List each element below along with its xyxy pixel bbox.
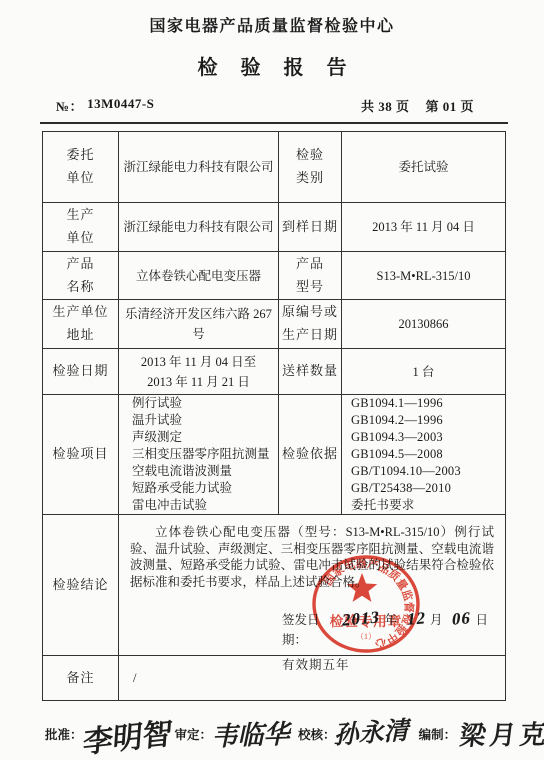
test-date-value: 2013 年 11 月 04 日至 2013 年 11 月 21 日 xyxy=(119,349,279,394)
test-date-label: 检验日期 xyxy=(43,349,119,394)
issue-month-unit: 月 xyxy=(430,610,443,630)
report-number-label: №： xyxy=(56,96,83,115)
issue-month-handwritten: 12 xyxy=(405,604,427,633)
org-title: 国家电器产品质量监督检验中心 xyxy=(0,0,544,36)
manufacturer-value: 浙江绿能电力科技有限公司 xyxy=(119,203,279,251)
conclusion-cell: 立体卷铁心配电变压器（型号：S13-M•RL-315/10）例行试验、温升试验、… xyxy=(119,515,505,655)
issue-date-label: 签发日期： xyxy=(282,610,338,650)
test-items-list: 例行试验 温升试验 声级测定 三相变压器零序阻抗测量 空载电流谐波测量 短路承受… xyxy=(119,395,279,514)
test-item: 短路承受能力试验 xyxy=(132,480,232,497)
test-items-label: 检验项目 xyxy=(43,395,119,514)
product-name-label: 产品 名称 xyxy=(43,252,119,299)
review-signature: 韦临华 xyxy=(210,713,296,753)
table-row-manufacturer: 生产 单位 浙江绿能电力科技有限公司 到样日期 2013 年 11 月 04 日 xyxy=(43,203,505,252)
table-row-address: 生产单位 地址 乐清经济开发区纬六路 267 号 原编号或 生产日期 20130… xyxy=(43,300,505,349)
standard-item: GB1094.3—2003 xyxy=(351,429,443,446)
standard-item: GB1094.2—1996 xyxy=(351,412,443,429)
table-row-product-name: 产品 名称 立体卷铁心配电变压器 产品 型号 S13-M•RL-315/10 xyxy=(43,252,505,300)
total-pages: 共 38 页 xyxy=(361,96,410,115)
review-label: 审定： xyxy=(175,713,213,743)
test-item: 声级测定 xyxy=(132,429,182,446)
table-row-test-items: 检验项目 例行试验 温升试验 声级测定 三相变压器零序阻抗测量 空载电流谐波测量… xyxy=(43,395,505,515)
report-info-table: 委托 单位 浙江绿能电力科技有限公司 检验 类别 委托试验 生产 单位 浙江绿能… xyxy=(42,131,506,701)
issue-year-handwritten: 2013 xyxy=(341,603,382,634)
test-item: 温升试验 xyxy=(132,412,182,429)
standard-item: GB/T1094.10—2003 xyxy=(351,463,461,480)
issue-day-unit: 日 xyxy=(475,610,488,630)
manufacturer-address-value: 乐清经济开发区纬六路 267 号 xyxy=(119,300,279,348)
product-model-label: 产品 型号 xyxy=(279,252,342,299)
issue-date-line: 签发日期： 2013 年 12 月 06 日 xyxy=(282,605,494,650)
standard-item: GB/T25438—2010 xyxy=(351,480,451,497)
test-item: 雷电冲击试验 xyxy=(132,497,207,514)
table-row-test-date: 检验日期 2013 年 11 月 04 日至 2013 年 11 月 21 日 … xyxy=(43,349,505,395)
page-number: 第 01 页 xyxy=(425,96,474,115)
product-name-value: 立体卷铁心配电变压器 xyxy=(119,252,279,299)
prepare-label: 编制： xyxy=(419,713,457,743)
report-title: 检 验 报 告 xyxy=(0,51,544,80)
client-value: 浙江绿能电力科技有限公司 xyxy=(119,132,279,202)
sample-arrival-date-value: 2013 年 11 月 04 日 xyxy=(342,203,505,251)
test-item: 空载电流谐波测量 xyxy=(132,463,232,480)
serial-or-date-label: 原编号或 生产日期 xyxy=(279,300,342,348)
table-row-conclusion: 检验结论 立体卷铁心配电变压器（型号：S13-M•RL-315/10）例行试验、… xyxy=(43,515,505,656)
sample-quantity-label: 送样数量 xyxy=(279,349,342,394)
sample-quantity-value: 1 台 xyxy=(342,349,505,394)
test-category-value: 委托试验 xyxy=(342,132,505,202)
client-label: 委托 单位 xyxy=(43,132,119,202)
standard-item: GB1094.5—2008 xyxy=(351,446,443,463)
test-category-label: 检验 类别 xyxy=(279,132,342,202)
conclusion-text: 立体卷铁心配电变压器（型号：S13-M•RL-315/10）例行试验、温升试验、… xyxy=(130,524,494,590)
report-number-line: №： 13M0447-S 共 38 页 第 01 页 xyxy=(56,96,474,115)
remark-label: 备注 xyxy=(43,656,119,700)
test-basis-list: GB1094.1—1996 GB1094.2—1996 GB1094.3—200… xyxy=(342,395,505,514)
issue-date-block: 签发日期： 2013 年 12 月 06 日 有效期五年 xyxy=(282,605,494,675)
header-divider xyxy=(40,122,508,124)
check-label: 校核： xyxy=(298,713,336,743)
standard-item: 委托书要求 xyxy=(351,497,415,514)
sample-arrival-date-label: 到样日期 xyxy=(279,203,342,251)
serial-or-date-value: 20130866 xyxy=(342,300,505,348)
validity-text: 有效期五年 xyxy=(282,655,494,675)
prepare-signature: 梁月克 xyxy=(458,714,544,753)
report-number-value: 13M0447-S xyxy=(87,96,154,115)
page-info: 共 38 页 第 01 页 xyxy=(361,96,474,115)
manufacturer-address-label: 生产单位 地址 xyxy=(43,300,119,348)
inspection-report-page: 国家电器产品质量监督检验中心 检 验 报 告 №： 13M0447-S 共 38… xyxy=(0,0,544,760)
approve-signature: 李明智 xyxy=(81,708,174,760)
table-row-client: 委托 单位 浙江绿能电力科技有限公司 检验 类别 委托试验 xyxy=(43,132,505,203)
manufacturer-label: 生产 单位 xyxy=(43,203,119,251)
approve-label: 批准： xyxy=(45,713,83,743)
test-item: 三相变压器零序阻抗测量 xyxy=(132,446,270,463)
test-item: 例行试验 xyxy=(132,395,182,412)
report-number: №： 13M0447-S xyxy=(56,96,154,115)
check-signature: 孙永清 xyxy=(332,710,415,752)
issue-year-unit: 年 xyxy=(384,610,397,630)
standard-item: GB1094.1—1996 xyxy=(351,395,443,412)
product-model-value: S13-M•RL-315/10 xyxy=(342,252,505,299)
test-basis-label: 检验依据 xyxy=(279,395,342,514)
conclusion-label: 检验结论 xyxy=(43,515,119,655)
issue-day-handwritten: 06 xyxy=(451,604,473,633)
signature-row: 批准： 李明智 审定： 韦临华 校核： 孙永清 编制： 梁月克 xyxy=(45,713,523,757)
